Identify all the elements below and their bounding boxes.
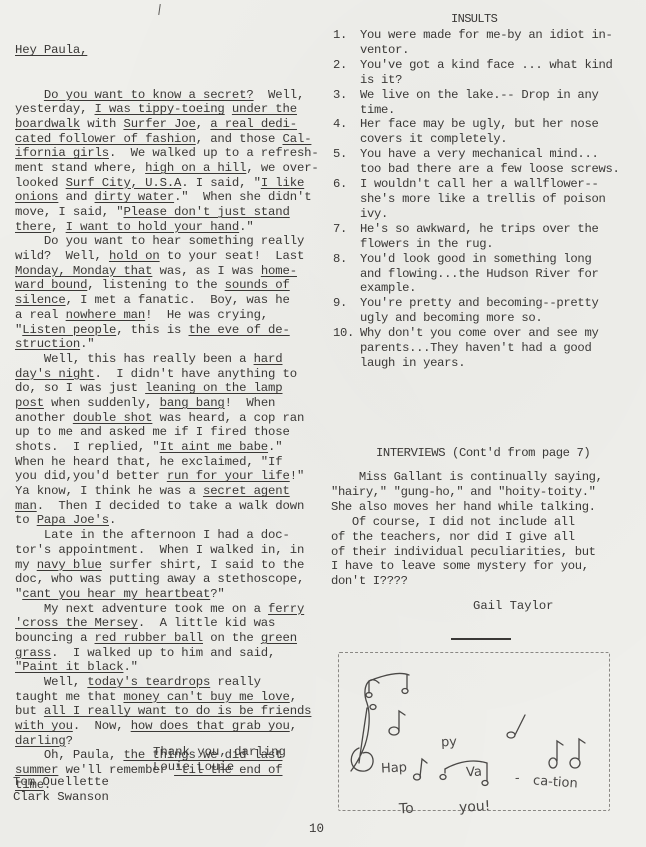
letter-text: another	[15, 411, 73, 425]
letter-text: when suddenly,	[44, 396, 160, 410]
insult-item: 10.Why don't you come over and see my pa…	[333, 326, 645, 371]
letter-text: shots. I replied, "	[15, 440, 160, 454]
letter-text: was heard, a cop ran	[152, 411, 304, 425]
insult-text: Why don't you come over and see my paren…	[360, 326, 598, 371]
insults-heading: INSULTS	[451, 12, 497, 26]
song-title-underlined: "Paint it black	[15, 660, 123, 674]
letter-line: Ya know, I think he was a secret agent	[15, 484, 320, 499]
song-title-underlined: the eve of de-	[189, 323, 290, 337]
song-title-underlined: man	[15, 499, 37, 513]
letter-line: you did,you'd better run for your life!"	[15, 469, 320, 484]
letter-text: was, as I was	[152, 264, 260, 278]
letter-text: ,	[290, 690, 297, 704]
letter-text: Well,	[254, 88, 305, 102]
letter-text: When he heard that, he exclaimed, "If	[15, 455, 283, 469]
insult-number: 1.	[333, 28, 360, 58]
letter-line: post when suddenly, bang bang! When	[15, 396, 320, 411]
letter-line: My next adventure took me on a ferry	[15, 602, 320, 617]
insult-number: 2.	[333, 58, 360, 88]
letter-text: ,	[196, 117, 210, 131]
handwriting-hap: Hap	[381, 760, 408, 776]
letter-line: Well, today's teardrops really	[15, 675, 320, 690]
song-title-underlined: ifornia girls	[15, 146, 109, 160]
song-title-underlined: home-	[261, 264, 297, 278]
insult-item: 7.He's so awkward, he trips over the flo…	[333, 222, 645, 252]
song-title-underlined: secret agent	[203, 484, 290, 498]
interviews-heading: INTERVIEWS (Cont'd from page 7)	[376, 446, 590, 460]
song-title-underlined: Monday, Monday that	[15, 264, 152, 278]
song-title-underlined: I like	[261, 176, 304, 190]
letter-line: Monday, Monday that was, as I was home-	[15, 264, 320, 279]
letter-text: . A little kid was	[138, 616, 275, 630]
insult-number: 8.	[333, 252, 360, 297]
song-title-underlined: day's night	[15, 367, 95, 381]
letter-text: Well,	[15, 675, 87, 689]
insult-item: 8.You'd look good in something long and …	[333, 252, 645, 297]
letter-text: ,	[290, 719, 297, 733]
letter-line: do, so I was just leaning on the lamp	[15, 381, 320, 396]
letter-text: Well, this has really been a	[15, 352, 254, 366]
song-title-underlined: dirty water	[95, 190, 175, 204]
letter-text: my	[15, 558, 37, 572]
letter-text	[225, 102, 232, 116]
letter-text: . We walked up to a refresh-	[109, 146, 319, 160]
letter-text: ! He was crying,	[145, 308, 268, 322]
letter-text: ment stand where,	[15, 161, 145, 175]
letter-text: ." When she didn't	[174, 190, 311, 204]
letter-text: . I didn't have anything to	[95, 367, 297, 381]
letter-line: grass. I walked up to him and said,	[15, 646, 320, 661]
song-title-underlined: nowhere man	[66, 308, 146, 322]
insult-text: You've got a kind face ... what kind is …	[360, 58, 613, 88]
letter-body: Do you want to know a secret? Well,yeste…	[15, 88, 320, 793]
song-title-underlined: Papa Joe's	[37, 513, 109, 527]
letter-text	[15, 88, 44, 102]
letter-line: silence, I met a fanatic. Boy, was he	[15, 293, 320, 308]
letter-line: wild? Well, hold on to your seat! Last	[15, 249, 320, 264]
insult-number: 3.	[333, 88, 360, 118]
letter-text: on the	[203, 631, 261, 645]
song-title-underlined: there	[15, 220, 51, 234]
song-title-underlined: grass	[15, 646, 51, 660]
treble-clef-icon	[351, 680, 379, 771]
song-title-underlined: with you	[15, 719, 73, 733]
song-title-underlined: I was tippy-toeing	[95, 102, 225, 116]
insult-text: You have a very mechanical mind... too b…	[360, 147, 620, 177]
letter-line: Well, this has really been a hard	[15, 352, 320, 367]
letter-text: to your seat! Last	[160, 249, 305, 263]
handwriting-you: you!	[459, 798, 491, 816]
letter-text: ?	[66, 734, 73, 748]
insult-number: 4.	[333, 117, 360, 147]
letter-line: Do you want to know a secret? Well,	[15, 88, 320, 103]
section-divider	[451, 638, 511, 640]
letter-line: there, I want to hold your hand."	[15, 220, 320, 235]
song-title-underlined: post	[15, 396, 44, 410]
song-title-underlined: run for your life	[167, 469, 290, 483]
letter-text: up to me and asked me if I fired those	[15, 425, 290, 439]
song-title-underlined: onions	[15, 190, 58, 204]
letter-text: move, I said, "	[15, 205, 123, 219]
insults-list: 1.You were made for me-by an idiot in- v…	[333, 28, 645, 371]
letter-line: a real nowhere man! He was crying,	[15, 308, 320, 323]
letter-line: When he heard that, he exclaimed, "If	[15, 455, 320, 470]
song-title-underlined: Surfer Joe	[123, 117, 195, 131]
handwriting-cation: ca-tion	[533, 773, 579, 791]
letter-text: .	[109, 513, 116, 527]
letter-text: a real	[15, 308, 66, 322]
letter-text: really	[210, 675, 261, 689]
letter-text: Ya know, I think he was a	[15, 484, 203, 498]
song-title-underlined: cant you hear my heartbeat	[22, 587, 210, 601]
song-title-underlined: navy blue	[37, 558, 102, 572]
insult-number: 10.	[333, 326, 360, 371]
insult-number: 7.	[333, 222, 360, 252]
song-title-underlined: Surf City, U.S.A	[66, 176, 182, 190]
happy-vacation-card: Hap py Va - ca-tion To you!	[338, 652, 610, 811]
song-title-underlined: today's teardrops	[87, 675, 210, 689]
insult-item: 9.You're pretty and becoming--pretty ugl…	[333, 296, 645, 326]
letter-text: looked	[15, 176, 66, 190]
letter-line: looked Surf City, U.S.A. I said, "I like	[15, 176, 320, 191]
letter-line: day's night. I didn't have anything to	[15, 367, 320, 382]
insult-item: 3.We live on the lake.-- Drop in any tim…	[333, 88, 645, 118]
letter-text: , and those	[196, 132, 283, 146]
letter-text: !"	[290, 469, 304, 483]
handwriting-dash: -	[515, 771, 520, 786]
letter-line: boardwalk with Surfer Joe, a real dedi-	[15, 117, 320, 132]
letter-text: do, so I was just	[15, 381, 145, 395]
letter-text: yesterday,	[15, 102, 95, 116]
letter-line: ifornia girls. We walked up to a refresh…	[15, 146, 320, 161]
letter-line: taught me that money can't buy me love,	[15, 690, 320, 705]
song-title-underlined: sounds of	[225, 278, 290, 292]
letter-text: ,	[51, 220, 65, 234]
letter-text: bouncing a	[15, 631, 95, 645]
letter-text: My next adventure took me on a	[15, 602, 268, 616]
letter-line: man. Then I decided to take a walk down	[15, 499, 320, 514]
insult-text: You're pretty and becoming--pretty ugly …	[360, 296, 598, 326]
letter-line: cated follower of fashion, and those Cal…	[15, 132, 320, 147]
letter-line: my navy blue surfer shirt, I said to the	[15, 558, 320, 573]
letter-text: , listening to the	[87, 278, 224, 292]
letter-text: but	[15, 704, 44, 718]
insult-item: 1.You were made for me-by an idiot in- v…	[333, 28, 645, 58]
letter-text: ."	[268, 440, 282, 454]
song-title-underlined: money can't buy me love	[123, 690, 289, 704]
letter-text: ."	[80, 337, 94, 351]
letter-text: . I walked up to him and said,	[51, 646, 275, 660]
song-title-underlined: leaning on the lamp	[145, 381, 282, 395]
song-title-underlined: ward bound	[15, 278, 87, 292]
song-title-underlined: It aint me babe	[160, 440, 268, 454]
song-title-underlined: silence	[15, 293, 66, 307]
insult-number: 5.	[333, 147, 360, 177]
interviews-author: Gail Taylor	[473, 599, 553, 613]
insult-text: You were made for me-by an idiot in- ven…	[360, 28, 613, 58]
insult-text: I wouldn't call her a wallflower-- she's…	[360, 177, 605, 222]
letter-line: move, I said, "Please don't just stand	[15, 205, 320, 220]
letter-text: wild? Well,	[15, 249, 109, 263]
insult-text: Her face may be ugly, but her nose cover…	[360, 117, 598, 147]
insult-item: 6.I wouldn't call her a wallflower-- she…	[333, 177, 645, 222]
song-title-underlined: hold on	[109, 249, 160, 263]
letter-line: "Listen people, this is the eve of de-	[15, 323, 320, 338]
song-title-underlined: double shot	[73, 411, 153, 425]
letter-line: Do you want to hear something really	[15, 234, 320, 249]
letter-text: you did,you'd better	[15, 469, 167, 483]
insult-item: 2.You've got a kind face ... what kind i…	[333, 58, 645, 88]
letter-text: and	[58, 190, 94, 204]
song-title-underlined: high on a hill	[145, 161, 246, 175]
page-number: 10	[309, 822, 324, 836]
letter-text: ."	[123, 660, 137, 674]
letter-text: , this is	[116, 323, 188, 337]
insult-number: 9.	[333, 296, 360, 326]
song-title-underlined: red rubber ball	[95, 631, 203, 645]
letter-line: yesterday, I was tippy-toeing under the	[15, 102, 320, 117]
letter-line: another double shot was heard, a cop ran	[15, 411, 320, 426]
song-title-underlined: boardwalk	[15, 117, 80, 131]
letter-text: ! When	[225, 396, 276, 410]
letter-text: , I met a fanatic. Boy, was he	[66, 293, 290, 307]
letter-text: tor's appointment. When I walked in, in	[15, 543, 304, 557]
song-title-underlined: a real dedi-	[210, 117, 297, 131]
letter-line: up to me and asked me if I fired those	[15, 425, 320, 440]
handwriting-va: Va	[466, 765, 483, 781]
letter-line: ment stand where, high on a hill, we ove…	[15, 161, 320, 176]
insult-text: You'd look good in something long and fl…	[360, 252, 598, 297]
song-title-underlined: 'cross the Mersey	[15, 616, 138, 630]
letter-text: with	[80, 117, 123, 131]
song-title-underlined: I want to hold your hand	[66, 220, 240, 234]
letter-line: "Paint it black."	[15, 660, 320, 675]
letter-text: surfer shirt, I said to the	[102, 558, 304, 572]
letter-text: doc, who was putting away a stethoscope,	[15, 572, 304, 586]
letter-line: doc, who was putting away a stethoscope,	[15, 572, 320, 587]
letter-line: but all I really want to do is be friend…	[15, 704, 320, 719]
letter-line: Late in the afternoon I had a doc-	[15, 528, 320, 543]
song-title-underlined: ferry	[268, 602, 304, 616]
letter-line: struction."	[15, 337, 320, 352]
letter-line: "cant you hear my heartbeat?"	[15, 587, 320, 602]
song-title-underlined: Please don't just stand	[123, 205, 289, 219]
insult-item: 5.You have a very mechanical mind... too…	[333, 147, 645, 177]
letter-text: . Now,	[73, 719, 131, 733]
letter-text: . Then I decided to take a walk down	[37, 499, 305, 513]
song-title-underlined: under the	[232, 102, 297, 116]
letter-line: 'cross the Mersey. A little kid was	[15, 616, 320, 631]
song-title-underlined: cated follower of fashion	[15, 132, 196, 146]
insult-text: He's so awkward, he trips over the flowe…	[360, 222, 598, 252]
letter-salutation: Hey Paula,	[15, 43, 320, 58]
song-title-underlined: Listen people	[22, 323, 116, 337]
song-title-underlined: green	[261, 631, 297, 645]
letter-text: Late in the afternoon I had a doc-	[15, 528, 290, 542]
handwriting-py: py	[441, 735, 458, 751]
letter-column: Hey Paula, Do you want to know a secret?…	[15, 14, 320, 822]
letter-authors: Tom Ouellette Clark Swanson	[13, 775, 109, 804]
letter-text: Oh, Paula,	[15, 748, 123, 762]
song-title-underlined: all I really want to do is be friends	[44, 704, 312, 718]
letter-text: taught me that	[15, 690, 123, 704]
song-title-underlined: Cal-	[283, 132, 312, 146]
letter-line: with you. Now, how does that grab you,	[15, 719, 320, 734]
letter-text: to	[15, 513, 37, 527]
letter-line: onions and dirty water." When she didn't	[15, 190, 320, 205]
letter-text: , we over-	[246, 161, 318, 175]
song-title-underlined: bang bang	[160, 396, 225, 410]
song-title-underlined: darling	[15, 734, 66, 748]
letter-line: bouncing a red rubber ball on the green	[15, 631, 320, 646]
letter-line: tor's appointment. When I walked in, in	[15, 543, 320, 558]
interviews-body: Miss Gallant is continually saying, "hai…	[331, 470, 603, 589]
letter-text: . I said, "	[181, 176, 261, 190]
letter-closing: Thank you, darling Louie Louie	[153, 745, 286, 774]
letter-text: ."	[239, 220, 253, 234]
song-title-underlined: struction	[15, 337, 80, 351]
letter-line: to Papa Joe's.	[15, 513, 320, 528]
letter-text: Do you want to hear something really	[15, 234, 304, 248]
handwriting-to: To	[399, 801, 415, 818]
song-title-underlined: hard	[254, 352, 283, 366]
letter-text: ?"	[210, 587, 224, 601]
insult-text: We live on the lake.-- Drop in any time.	[360, 88, 598, 118]
letter-line: ward bound, listening to the sounds of	[15, 278, 320, 293]
insult-item: 4.Her face may be ugly, but her nose cov…	[333, 117, 645, 147]
song-title-underlined: how does that grab you	[131, 719, 290, 733]
newsletter-page: Hey Paula, Do you want to know a secret?…	[0, 0, 646, 847]
song-title-underlined: Do you want to know a secret?	[44, 88, 254, 102]
insult-number: 6.	[333, 177, 360, 222]
letter-line: shots. I replied, "It aint me babe."	[15, 440, 320, 455]
